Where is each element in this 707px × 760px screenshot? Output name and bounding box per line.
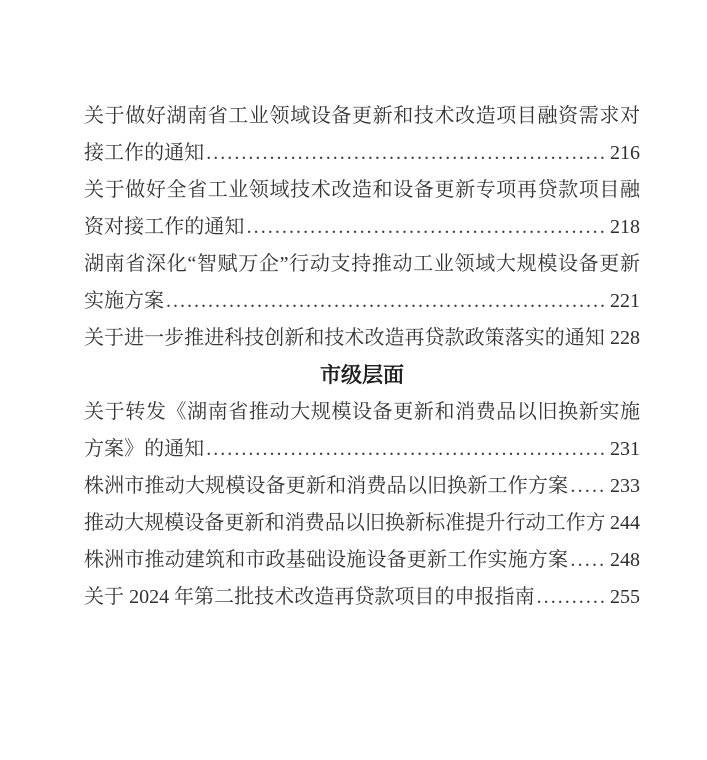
document-page: 关于做好湖南省工业领域设备更新和技术改造项目融资需求对接工作的通知216 关于做… <box>0 0 707 760</box>
toc-entry-page: 218 <box>604 209 640 246</box>
toc-entry-title: 株洲市推动建筑和市政基础设施设备更新工作实施方案 <box>84 549 568 571</box>
toc-entry[interactable]: 关于做好全省工业领域技术改造和设备更新专项再贷款项目融资对接工作的通知218 <box>84 172 640 246</box>
toc-entry[interactable]: 湖南省深化“智赋万企”行动支持推动工业领域大规模设备更新实施方案221 <box>84 246 640 320</box>
toc-entry-page: 248 <box>604 542 640 579</box>
toc-entry-title: 推动大规模设备更新和消费品以旧换新标准提升行动工作方案 <box>84 512 626 534</box>
toc-entry[interactable]: 关于转发《湖南省推动大规模设备更新和消费品以旧换新实施方案》的通知231 <box>84 394 640 468</box>
toc-entry-title: 关于 2024 年第二批技术改造再贷款项目的申报指南 <box>84 586 535 608</box>
toc-entry-page: 231 <box>604 431 640 468</box>
toc-entry-title: 关于进一步推进科技创新和技术改造再贷款政策落实的通知 <box>84 327 605 349</box>
dot-leader <box>84 290 640 320</box>
toc-entry-page: 216 <box>604 135 640 172</box>
toc-entry[interactable]: 关于 2024 年第二批技术改造再贷款项目的申报指南255 <box>84 579 640 616</box>
toc-entry-page: 255 <box>604 579 640 616</box>
toc-entry[interactable]: 株洲市推动建筑和市政基础设施设备更新工作实施方案248 <box>84 542 640 579</box>
toc-entry-page: 228 <box>604 320 640 357</box>
toc-entry-page: 233 <box>604 468 640 505</box>
toc-list: 关于做好湖南省工业领域设备更新和技术改造项目融资需求对接工作的通知216 关于做… <box>84 0 640 616</box>
toc-entry[interactable]: 推动大规模设备更新和消费品以旧换新标准提升行动工作方案244 <box>84 505 640 542</box>
section-header-municipal: 市级层面 <box>84 357 640 394</box>
toc-entry[interactable]: 株洲市推动大规模设备更新和消费品以旧换新工作方案233 <box>84 468 640 505</box>
toc-entry[interactable]: 关于做好湖南省工业领域设备更新和技术改造项目融资需求对接工作的通知216 <box>84 98 640 172</box>
toc-entry-page: 244 <box>604 505 640 542</box>
toc-entry-title: 株洲市推动大规模设备更新和消费品以旧换新工作方案 <box>84 475 568 497</box>
toc-entry-page: 221 <box>604 283 640 320</box>
toc-entry[interactable]: 关于进一步推进科技创新和技术改造再贷款政策落实的通知228 <box>84 320 640 357</box>
